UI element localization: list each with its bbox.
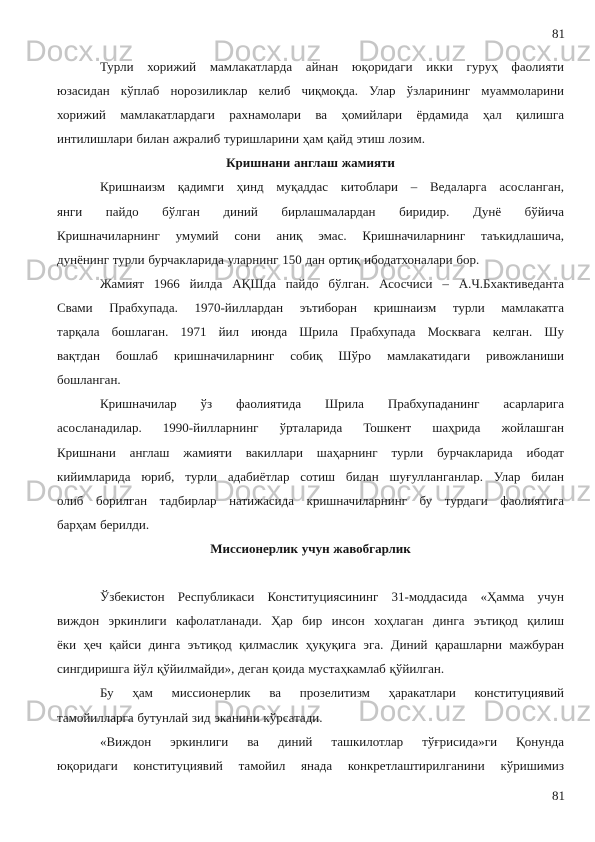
text-line: Турли хорижий мамлакатларда айнан юқорид… <box>57 55 564 79</box>
text-line: асосланадилар. 1990-йилларнинг ўрталарид… <box>57 416 564 440</box>
text-line: юқоридаги конституциявий тамойил янада к… <box>57 754 564 778</box>
text-line: Кришнани англаш жамияти вакиллари шаҳарн… <box>57 441 564 465</box>
text-line: дунёнинг турли бурчакларида уларнинг 150… <box>57 248 564 272</box>
text-line: юзасидан кўплаб норозиликлар келиб чиқмо… <box>57 79 564 103</box>
text-line: олиб борилган тадбирлар натижасида кришн… <box>57 489 564 513</box>
page-number-top: 81 <box>552 26 565 42</box>
text-line: Кришначиларнинг умумий сони аниқ эмас. К… <box>57 224 564 248</box>
text-line: виждон эркинлиги кафолатланади. Ҳар бир … <box>57 609 564 633</box>
text-line: тарқала бошлаган. 1971 йил июнда Шрила П… <box>57 320 564 344</box>
text-line: Кришначилар ўз фаолиятида Шрила Прабхупа… <box>57 392 564 416</box>
text-line: Кришнаизм қадимги ҳинд муқаддас китоблар… <box>57 175 564 199</box>
text-line: барҳам берилди. <box>57 513 564 537</box>
text-line: Свами Прабхупада. 1970-йиллардан эътибор… <box>57 296 564 320</box>
document-body: Турли хорижий мамлакатларда айнан юқорид… <box>57 55 564 778</box>
text-line: сингдиришга йўл қўйилмайди», деган қоида… <box>57 657 564 681</box>
section-heading: Миссионерлик учун жавобгарлик <box>57 537 564 561</box>
text-line: «Виждон эркинлиги ва диний ташкилотлар т… <box>57 730 564 754</box>
text-line: тамойилларга бутунлай зид эканини кўрсат… <box>57 706 564 730</box>
blank-line <box>57 561 564 585</box>
text-line: кийимларида юриб, турли адабиётлар сотиш… <box>57 465 564 489</box>
section-heading: Кришнани англаш жамияти <box>57 151 564 175</box>
text-line: ёки ҳеч қайси динга эътиқод қилмаслик ҳу… <box>57 633 564 657</box>
text-line: янги пайдо бўлган диний бирлашмалардан б… <box>57 200 564 224</box>
text-line: интилишлари билан ажралиб туришларини ҳа… <box>57 127 564 151</box>
text-line: вақтдан бошлаб кришначиларнинг собиқ Шўр… <box>57 344 564 368</box>
text-line: бошланган. <box>57 368 564 392</box>
text-line: хорижий мамлакатлардаги рахнамолари ва ҳ… <box>57 103 564 127</box>
page-number-bottom: 81 <box>552 788 565 804</box>
text-line: Ўзбекистон Республикаси Конституциясинин… <box>57 585 564 609</box>
text-line: Жамият 1966 йилда АҚШда пайдо бўлган. Ас… <box>57 272 564 296</box>
text-line: Бу ҳам миссионерлик ва прозелитизм ҳарак… <box>57 681 564 705</box>
document-page: Docx.uzDocx.uzDocx.uzDocx.uzDocx.uzDocx.… <box>0 0 595 842</box>
